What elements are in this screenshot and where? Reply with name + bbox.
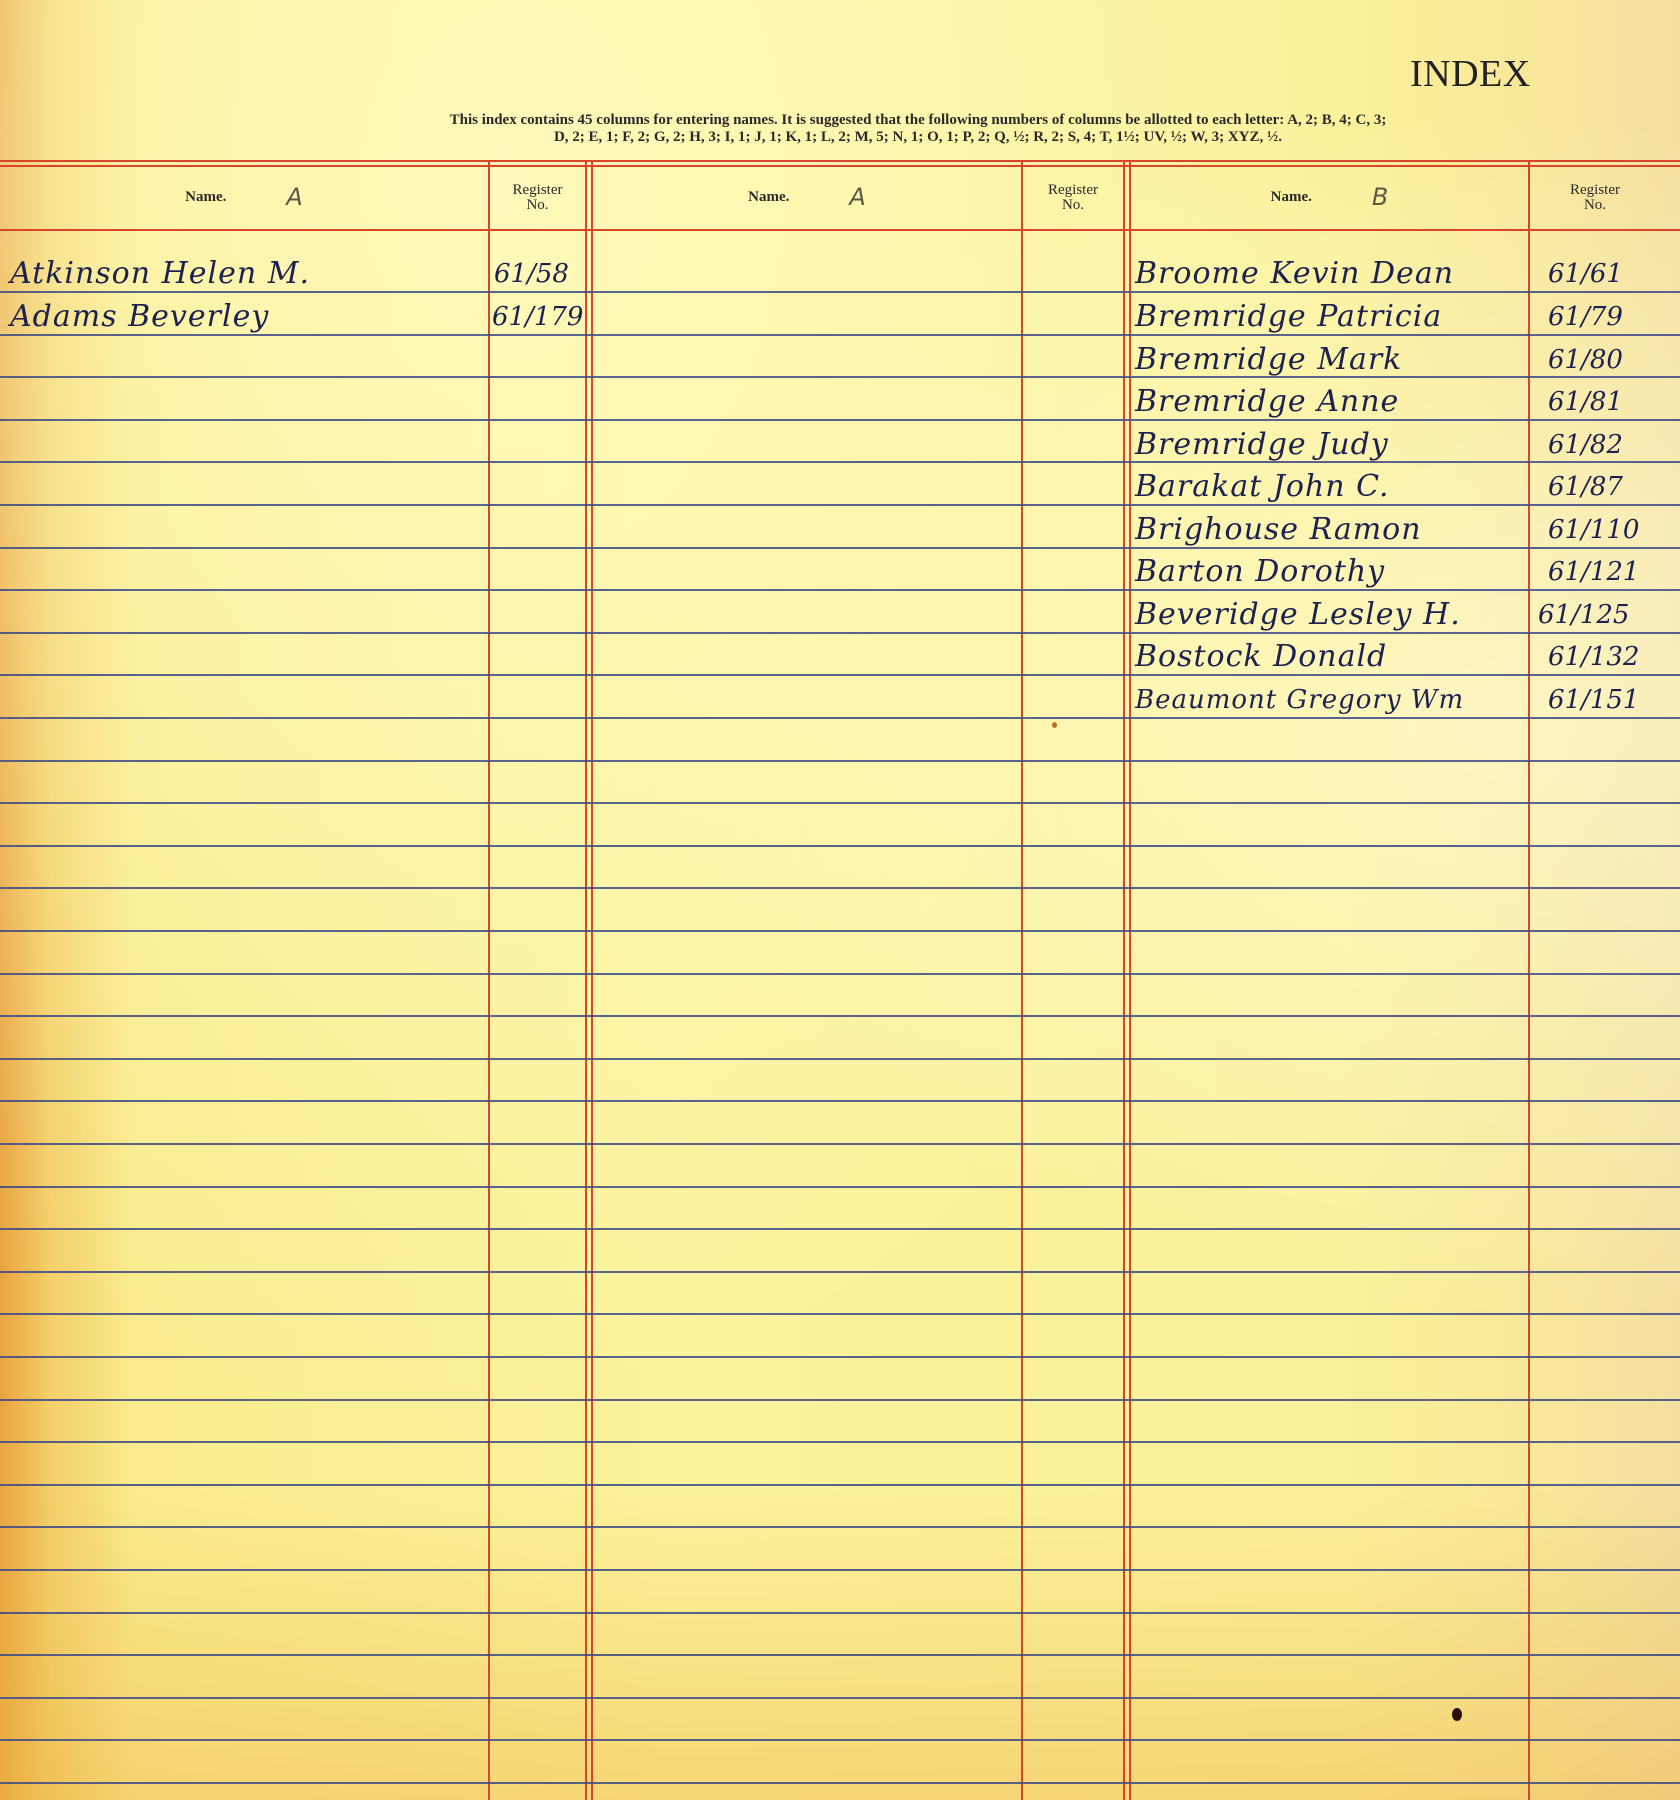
ruled-line: [0, 1143, 1680, 1145]
allotment-instructions: This index contains 45 columns for enter…: [318, 112, 1518, 146]
entry-name: Broome Kevin Dean: [1135, 254, 1454, 294]
ruled-line: [0, 1058, 1680, 1060]
ruled-line: [0, 419, 1680, 421]
entry-register: 61/121: [1548, 552, 1639, 592]
ruled-line: [0, 504, 1680, 506]
ruled-line: [0, 461, 1680, 463]
ruled-line: [0, 760, 1680, 762]
ruled-line: [0, 589, 1680, 591]
entry-name: Bremridge Anne: [1135, 382, 1399, 422]
column-rule: [585, 160, 587, 1800]
name-header-label: Name.: [1271, 190, 1312, 205]
ruled-line: [0, 1484, 1680, 1486]
ruled-line: [0, 1356, 1680, 1358]
entry-name: Adams Beverley: [10, 297, 269, 337]
instructions-line-2: D, 2; E, 1; F, 2; G, 2; H, 3; I, 1; J, 1…: [318, 129, 1518, 146]
entry-name: Atkinson Helen M.: [10, 254, 310, 294]
register-header-line2: No.: [1062, 198, 1084, 213]
column-1-register-header: Register No.: [490, 167, 585, 228]
column-3-register-header: Register No.: [1530, 167, 1660, 228]
stain-spot: [1052, 722, 1057, 728]
ruled-line: [0, 1654, 1680, 1656]
entry-name: Barton Dorothy: [1135, 552, 1385, 592]
column-letter: A: [849, 190, 865, 205]
ruled-line: [0, 1697, 1680, 1699]
ruled-line: [0, 1782, 1680, 1784]
entry-name: Barakat John C.: [1135, 467, 1390, 507]
register-header-line2: No.: [1584, 198, 1606, 213]
entry-name: Bremridge Judy: [1135, 425, 1389, 465]
column-rule: [1129, 160, 1131, 1800]
entry-name: Brighouse Ramon: [1135, 510, 1422, 550]
name-header-label: Name.: [748, 190, 789, 205]
entry-register: 61/58: [494, 254, 569, 294]
register-header-line2: No.: [526, 198, 548, 213]
column-3-name-header: Name. B: [1131, 167, 1528, 228]
column-rule: [488, 160, 490, 1800]
ruled-line: [0, 1399, 1680, 1401]
register-header-line1: Register: [513, 183, 563, 198]
ink-blot: [1452, 1708, 1462, 1721]
ruled-line: [0, 930, 1680, 932]
entry-register: 61/80: [1548, 340, 1623, 380]
ruled-line: [0, 1526, 1680, 1528]
entry-register: 61/125: [1538, 595, 1629, 635]
ruled-line: [0, 1228, 1680, 1230]
entry-register: 61/179: [492, 297, 583, 337]
entry-name: Bostock Donald: [1135, 637, 1387, 677]
register-header-line1: Register: [1570, 183, 1620, 198]
ruled-line: [0, 973, 1680, 975]
instructions-line-1: This index contains 45 columns for enter…: [318, 112, 1518, 129]
entry-register: 61/79: [1548, 297, 1623, 337]
header-bottom-rule: [0, 229, 1680, 231]
header-top-rule: [0, 160, 1680, 162]
column-1-name-header: Name. A: [0, 167, 488, 228]
ruled-line: [0, 1441, 1680, 1443]
ruled-line: [0, 1100, 1680, 1102]
ruled-line: [0, 1186, 1680, 1188]
paper-aging-tint: [0, 1480, 1680, 1800]
entry-name: Beveridge Lesley H.: [1135, 595, 1461, 635]
column-letter: A: [286, 190, 302, 205]
entry-register: 61/81: [1548, 382, 1623, 422]
entry-register: 61/61: [1548, 254, 1623, 294]
entry-register: 61/110: [1548, 510, 1639, 550]
ruled-line: [0, 376, 1680, 378]
column-rule: [1123, 160, 1125, 1800]
name-header-label: Name.: [185, 190, 226, 205]
entry-name: Beaumont Gregory Wm: [1135, 680, 1464, 720]
ruled-line: [0, 674, 1680, 676]
entry-register: 61/87: [1548, 467, 1623, 507]
entry-name: Bremridge Mark: [1135, 340, 1402, 380]
ruled-line: [0, 1569, 1680, 1571]
ruled-line: [0, 1739, 1680, 1741]
register-header-line1: Register: [1048, 183, 1098, 198]
ruled-line: [0, 1612, 1680, 1614]
ruled-line: [0, 887, 1680, 889]
entry-name: Bremridge Patricia: [1135, 297, 1442, 337]
ruled-line: [0, 802, 1680, 804]
page-title: INDEX: [1410, 52, 1531, 96]
ruled-line: [0, 547, 1680, 549]
column-rule: [1528, 160, 1530, 1800]
column-rule: [591, 160, 593, 1800]
ruled-line: [0, 845, 1680, 847]
ruled-line: [0, 1313, 1680, 1315]
column-2-name-header: Name. A: [593, 167, 1021, 228]
column-letter: B: [1372, 190, 1388, 205]
ruled-line: [0, 1015, 1680, 1017]
ruled-line: [0, 1271, 1680, 1273]
column-rule: [1021, 160, 1023, 1800]
entry-register: 61/132: [1548, 637, 1639, 677]
column-2-register-header: Register No.: [1023, 167, 1123, 228]
entry-register: 61/151: [1548, 680, 1639, 720]
entry-register: 61/82: [1548, 425, 1623, 465]
